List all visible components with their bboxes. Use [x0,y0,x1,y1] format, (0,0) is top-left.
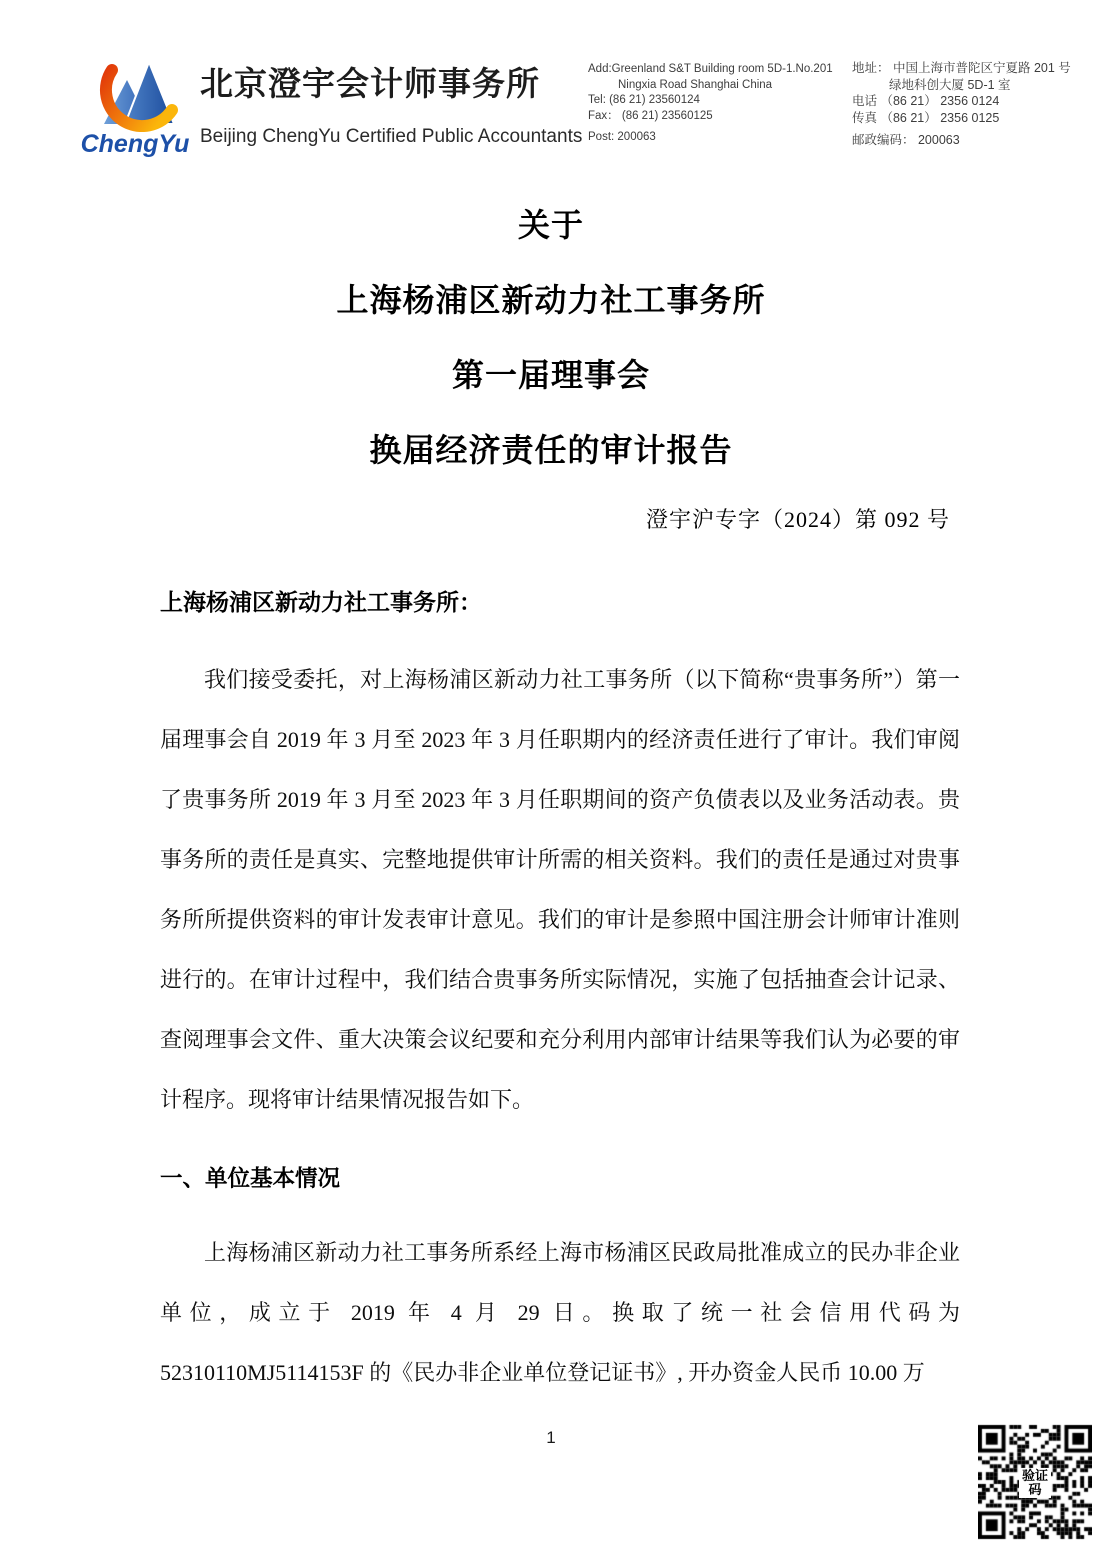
qr-overlay-label: 验证码 [1019,1468,1051,1498]
contact-cn-address-1: 地址： 中国上海市普陀区宁夏路 201 号 [852,60,1098,77]
qr-code: 验证码 [978,1424,1092,1541]
contact-cn-address-2: 绿地科创大厦 5D-1 室 [852,77,1098,94]
company-logo: ChengYu [76,54,194,159]
title-line-1: 关于 [0,203,1102,247]
section-heading-1: 一、单位基本情况 [160,1149,340,1209]
contact-cn-post: 邮政编码： 200063 [852,132,1098,149]
contact-cn-fax: 传真 （86 21） 2356 0125 [852,110,1098,127]
contact-en-post: Post: 200063 [588,130,846,146]
body-paragraph-2: 上海杨浦区新动力社工事务所系经上海市杨浦区民政局批准成立的民办非企业单位，成立于… [160,1223,960,1403]
contact-block-en: Add:Greenland S&T Building room 5D-1.No.… [588,62,846,146]
contact-en-tel: Tel: (86 21) 23560124 [588,93,846,109]
salutation: 上海杨浦区新动力社工事务所： [160,584,482,617]
firm-name-block: 北京澄宇会计师事务所 Beijing ChengYu Certified Pub… [200,58,580,148]
contact-block-cn: 地址： 中国上海市普陀区宁夏路 201 号 绿地科创大厦 5D-1 室 电话 （… [852,60,1098,149]
contact-en-fax: Fax： (86 21) 23560125 [588,109,846,125]
body-paragraph-1: 我们接受委托，对上海杨浦区新动力社工事务所（以下简称“贵事务所”）第一届理事会自… [160,650,960,1130]
page-number: 1 [0,1428,1102,1448]
chengyu-mountain-icon [80,54,190,132]
contact-en-address-1: Add:Greenland S&T Building room 5D-1.No.… [588,62,846,78]
document-page: ChengYu 北京澄宇会计师事务所 Beijing ChengYu Certi… [0,0,1102,1559]
report-title: 关于 上海杨浦区新动力社工事务所 第一届理事会 换届经济责任的审计报告 [0,203,1102,503]
firm-name-cn: 北京澄宇会计师事务所 [200,58,580,105]
firm-name-en: Beijing ChengYu Certified Public Account… [200,126,580,148]
logo-wordmark: ChengYu [76,130,194,159]
contact-en-address-2: Ningxia Road Shanghai China [588,78,846,94]
contact-cn-tel: 电话 （86 21） 2356 0124 [852,93,1098,110]
title-line-3: 第一届理事会 [0,353,1102,397]
document-number: 澄宇沪专字（2024）第 092 号 [646,503,950,534]
title-line-2: 上海杨浦区新动力社工事务所 [0,278,1102,322]
title-line-4: 换届经济责任的审计报告 [0,428,1102,472]
